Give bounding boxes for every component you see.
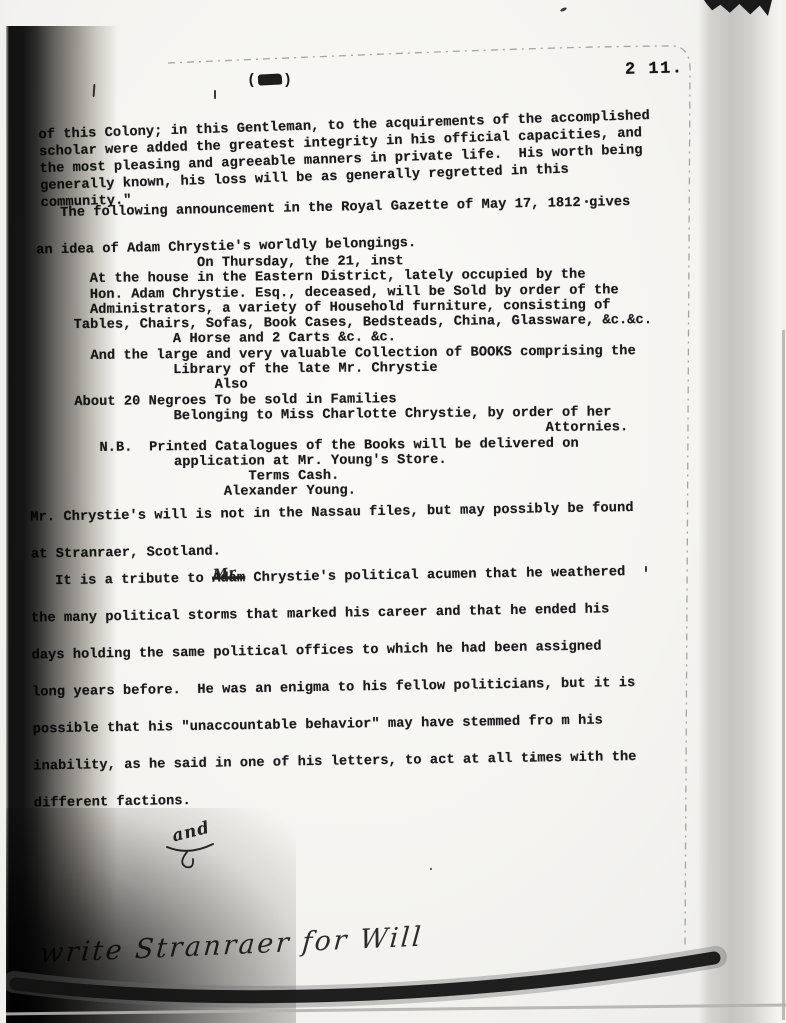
noise-speck [560,7,568,13]
paragraph-tribute: It is a tribute to AdamMr, Chrystie's po… [30,554,637,822]
handwritten-correction: Mr, [212,554,243,593]
sale-announcement: On Thursday, the 21, inst At the house i… [73,252,654,502]
scanner-margin [0,0,6,1023]
redaction-blob-icon [258,73,283,85]
struck-word: AdamMr, [212,571,245,587]
text-segment: Chrystie's political acumen that he weat… [245,565,625,586]
scanned-document-page: 2 11. () of this Colony; in this Gentlem… [0,0,786,1023]
redaction-stamp: () [247,72,293,89]
page-curl-gradient [698,0,786,1023]
noise-speck [214,90,216,99]
scan-edge-line [782,330,785,1020]
noise-speck [430,868,432,870]
corner-shadow [0,808,296,1023]
stamp-close-paren: ) [283,72,293,89]
noise-speck [645,566,647,572]
stamp-open-paren: ( [247,72,257,89]
noise-speck [530,758,533,761]
page-number: 2 11. [625,59,684,80]
noise-speck [585,200,588,203]
